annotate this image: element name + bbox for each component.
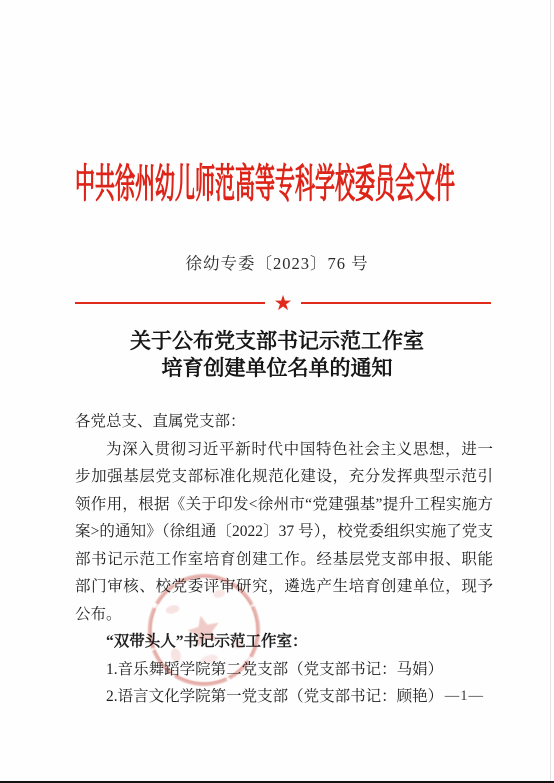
document-body: 各党总支、直属党支部： 为深入贯彻习近平新时代中国特色社会主义思想，进一步加强基… — [75, 408, 493, 711]
list-item: 2.语言文化学院第一党支部（党支部书记：顾艳） — [75, 683, 493, 711]
document-number: 徐幼专委〔2023〕76 号 — [0, 252, 554, 276]
document-page: 中共徐州幼儿师范高等专科学校委员会文件 徐幼专委〔2023〕76 号 ★ 关于公… — [0, 0, 554, 783]
body-paragraph: 为深入贯彻习近平新时代中国特色社会主义思想，进一步加强基层党支部标准化规范化建设… — [75, 436, 493, 629]
scan-edge-right — [550, 0, 551, 783]
salutation: 各党总支、直属党支部： — [75, 408, 493, 436]
page-number: —1— — [445, 688, 484, 705]
document-title-line1: 关于公布党支部书记示范工作室 — [0, 328, 554, 355]
document-title: 关于公布党支部书记示范工作室 培育创建单位名单的通知 — [0, 328, 554, 381]
star-icon: ★ — [274, 293, 293, 313]
section-heading: “双带头人”书记示范工作室： — [75, 628, 493, 656]
list-item: 1.音乐舞蹈学院第二党支部（党支部书记：马娟） — [75, 656, 493, 684]
document-header-title: 中共徐州幼儿师范高等专科学校委员会文件 — [0, 141, 542, 229]
header-divider: ★ — [75, 293, 491, 313]
divider-line-left — [75, 302, 265, 304]
document-title-line2: 培育创建单位名单的通知 — [0, 355, 554, 382]
divider-line-right — [301, 302, 491, 304]
